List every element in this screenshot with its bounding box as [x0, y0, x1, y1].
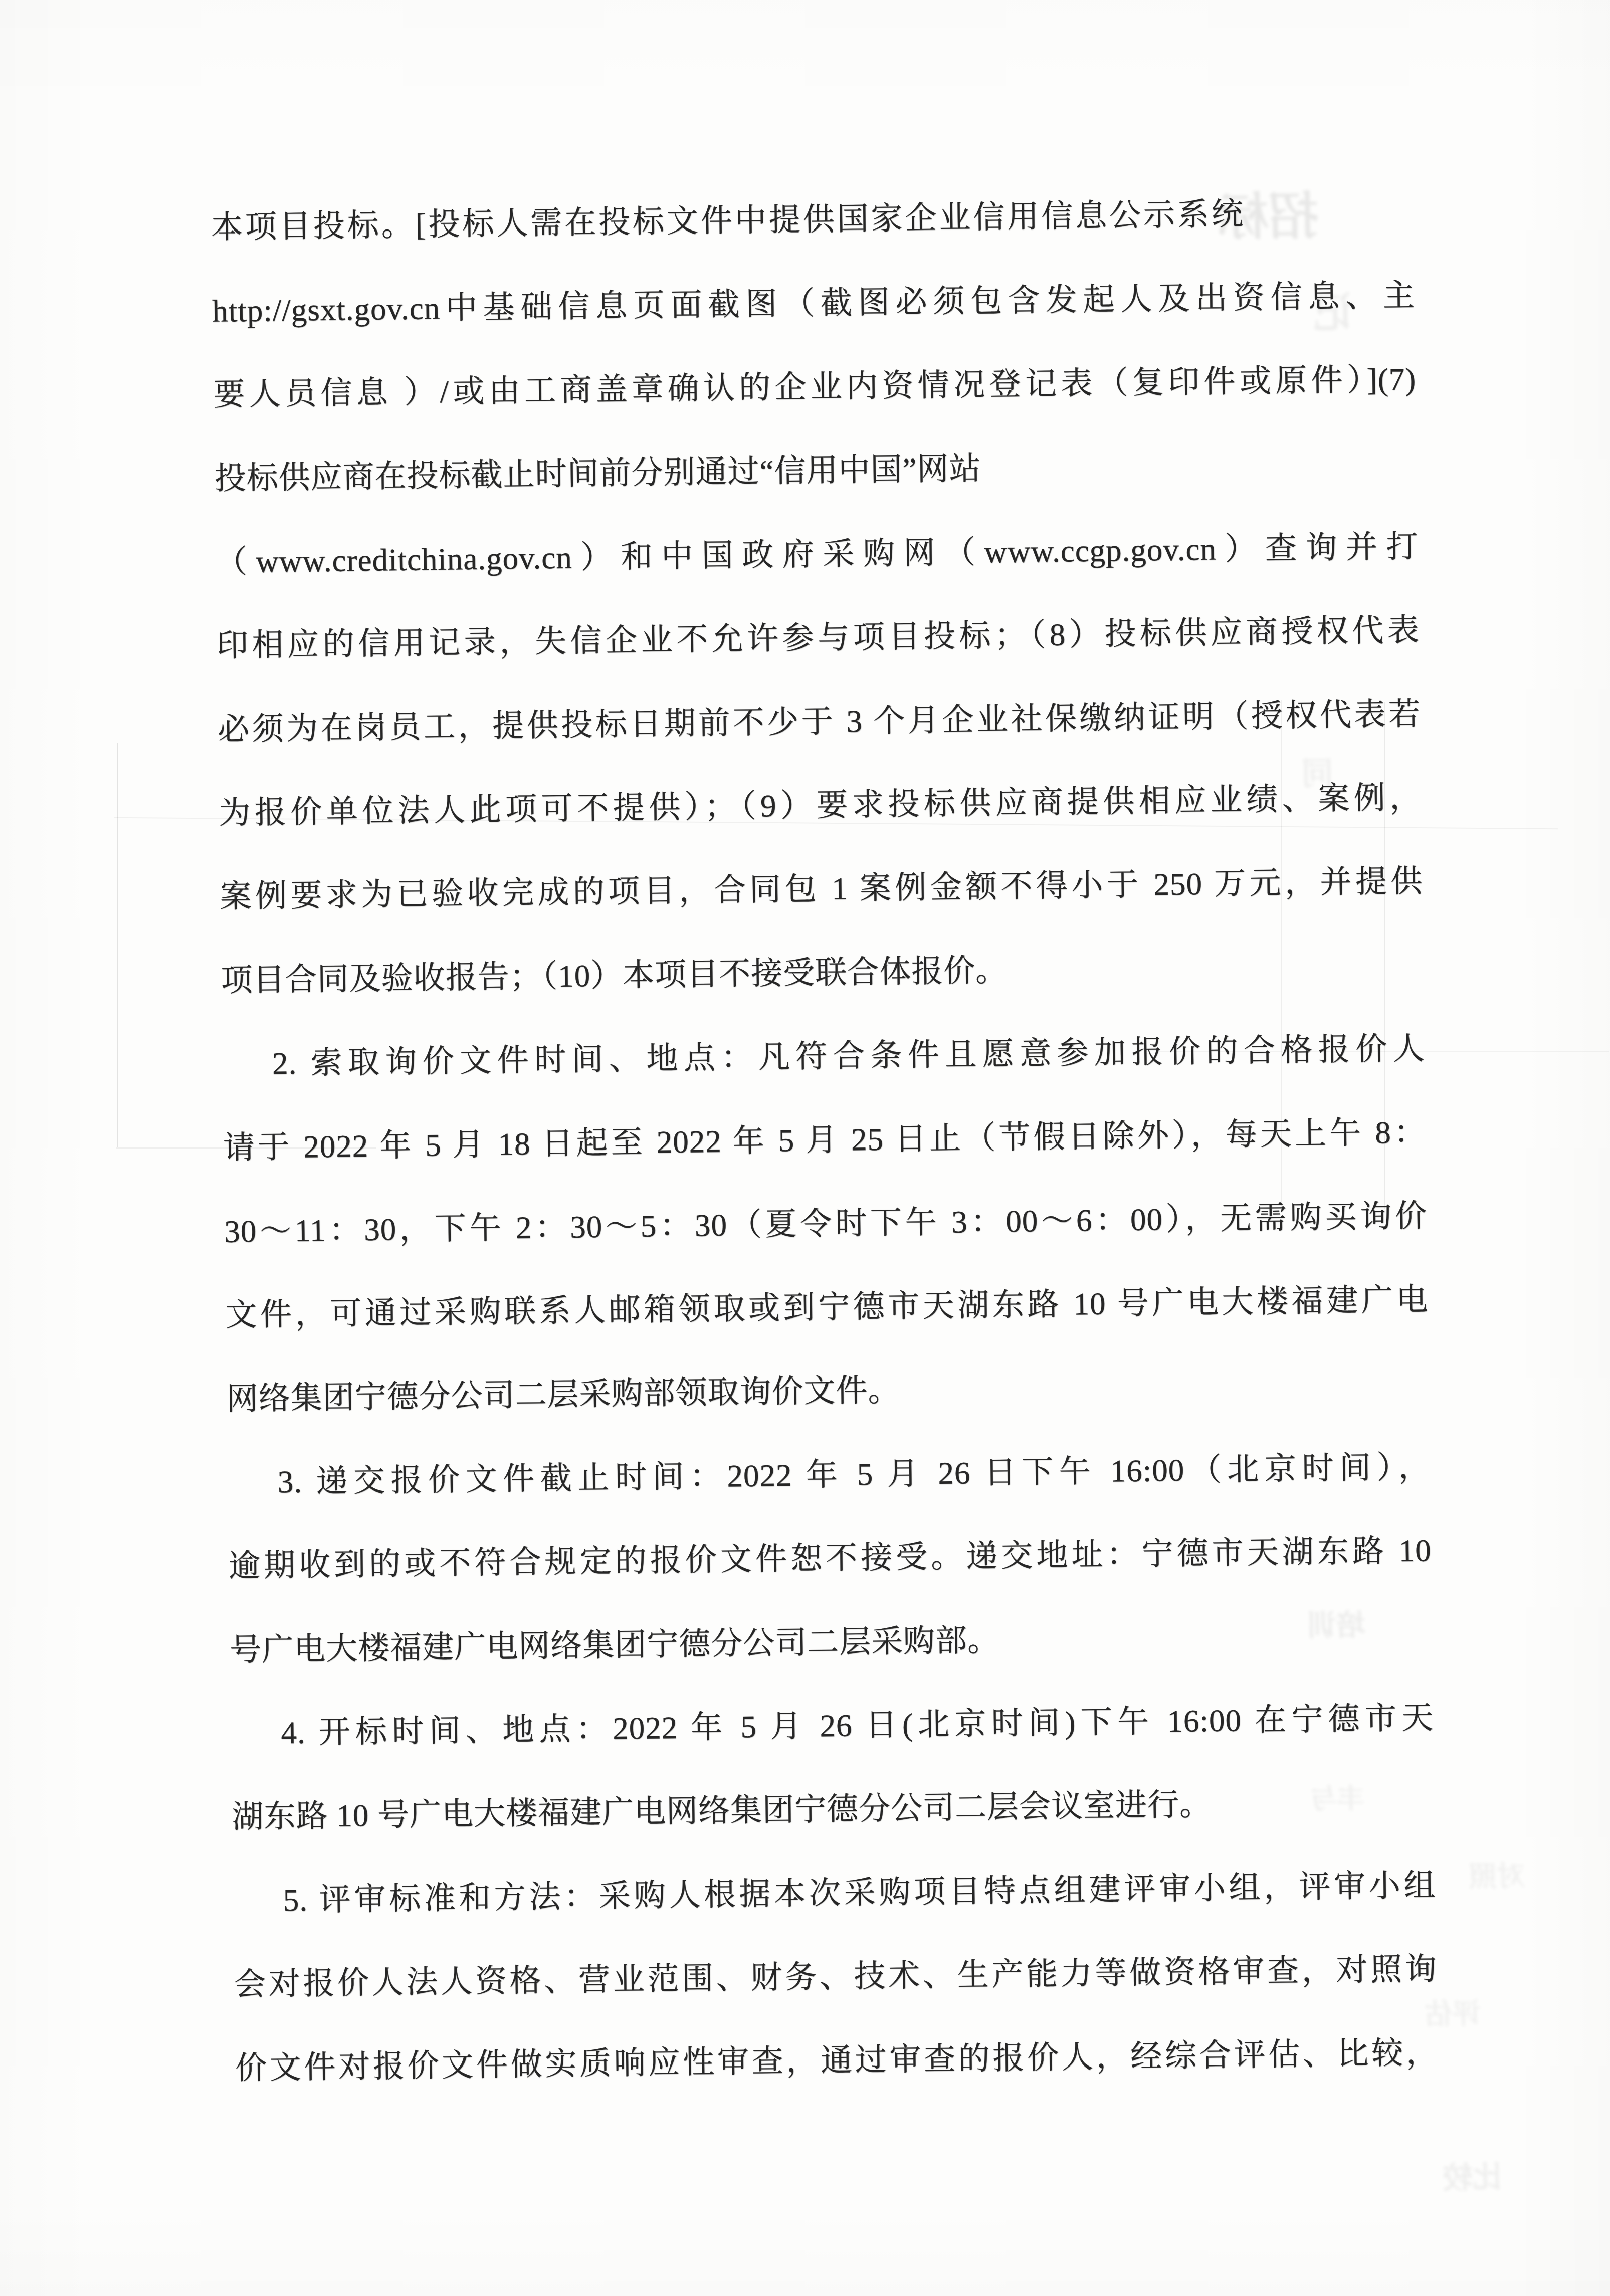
bleedthrough-ghost-text: 对照 [1468, 1854, 1525, 1895]
text-line: 文件，可通过采购联系人邮箱领取或到宁德市天湖东路 10 号广电大楼福建广电 [225, 1258, 1429, 1357]
document-text-block: 本项目投标。[投标人需在投标文件中提供国家企业信用信息公示系统http://gs… [211, 170, 1439, 2110]
bleedthrough-vertical-rule [117, 743, 118, 1147]
text-line: 价文件对报价文件做实质响应性审查，通过审查的报价人，经综合评估、比较， [235, 2011, 1439, 2110]
text-line: 逾期收到的或不符合规定的报价文件恕不接受。递交地址：宁德市天湖东路 10 [228, 1509, 1432, 1608]
text-line: 30～11：30，下午 2：30～5：30（夏令时下午 3：00～6：00），无… [224, 1174, 1428, 1273]
text-line: 请于 2022 年 5 月 18 日起至 2022 年 5 月 25 日止（节假… [223, 1090, 1427, 1190]
text-line: 案例要求为已验收完成的项目，合同包 1 案例金额不得小于 250 万元，并提供 [219, 839, 1423, 939]
text-line: 号广电大楼福建广电网络集团宁德分公司二层采购部。 [229, 1592, 1433, 1692]
text-line: 会对报价人法人资格、营业范围、财务、技术、生产能力等做资格审查，对照询 [234, 1927, 1438, 2026]
text-line: 湖东路 10 号广电大楼福建广电网络集团宁德分公司二层会议室进行。 [231, 1760, 1435, 1859]
text-line: 2. 索取询价文件时间、地点：凡符合条件且愿意参加报价的合格报价人 [222, 1007, 1426, 1106]
text-line: 项目合同及验收报告；（10）本项目不接受联合体报价。 [221, 923, 1425, 1022]
text-line: 本项目投标。[投标人需在投标文件中提供国家企业信用信息公示系统 [211, 172, 1244, 270]
text-line: 为报价单位法人此项可不提供）；（9）要求投标供应商提供相应业绩、案例， [218, 756, 1422, 855]
text-line: 投标供应商在投标截止时间前分别通过“信用中国”网站 [214, 421, 1418, 520]
text-line: http://gsxt.gov.cn中基础信息页面截图（截图必须包含发起人及出资… [212, 254, 1416, 353]
text-line: （www.creditchina.gov.cn）和中国政府采购网（www.ccg… [215, 505, 1419, 604]
bleedthrough-ghost-text: 比较 [1442, 2153, 1503, 2197]
text-line: 印相应的信用记录，失信企业不允许参与项目投标；（8）投标供应商授权代表 [216, 588, 1420, 687]
text-line: 网络集团宁德分公司二层采购部领取询价文件。 [226, 1341, 1430, 1441]
text-line: 必须为在岗员工，提供投标日期前不少于 3 个月企业社保缴纳证明（授权代表若 [217, 672, 1421, 771]
text-line: 4. 开标时间、地点：2022 年 5 月 26 日(北京时间)下午 16:00… [230, 1676, 1434, 1775]
text-line: 5. 评审标准和方法：采购人根据本次采购项目特点组建评审小组，评审小组 [233, 1844, 1437, 1943]
text-line: 要人员信息 ）/或由工商盖章确认的企业内资情况登记表（复印件或原件）](7) [213, 337, 1417, 436]
text-line: 3. 递交报价文件截止时间：2022 年 5 月 26 日下午 16:00（北京… [227, 1425, 1431, 1524]
